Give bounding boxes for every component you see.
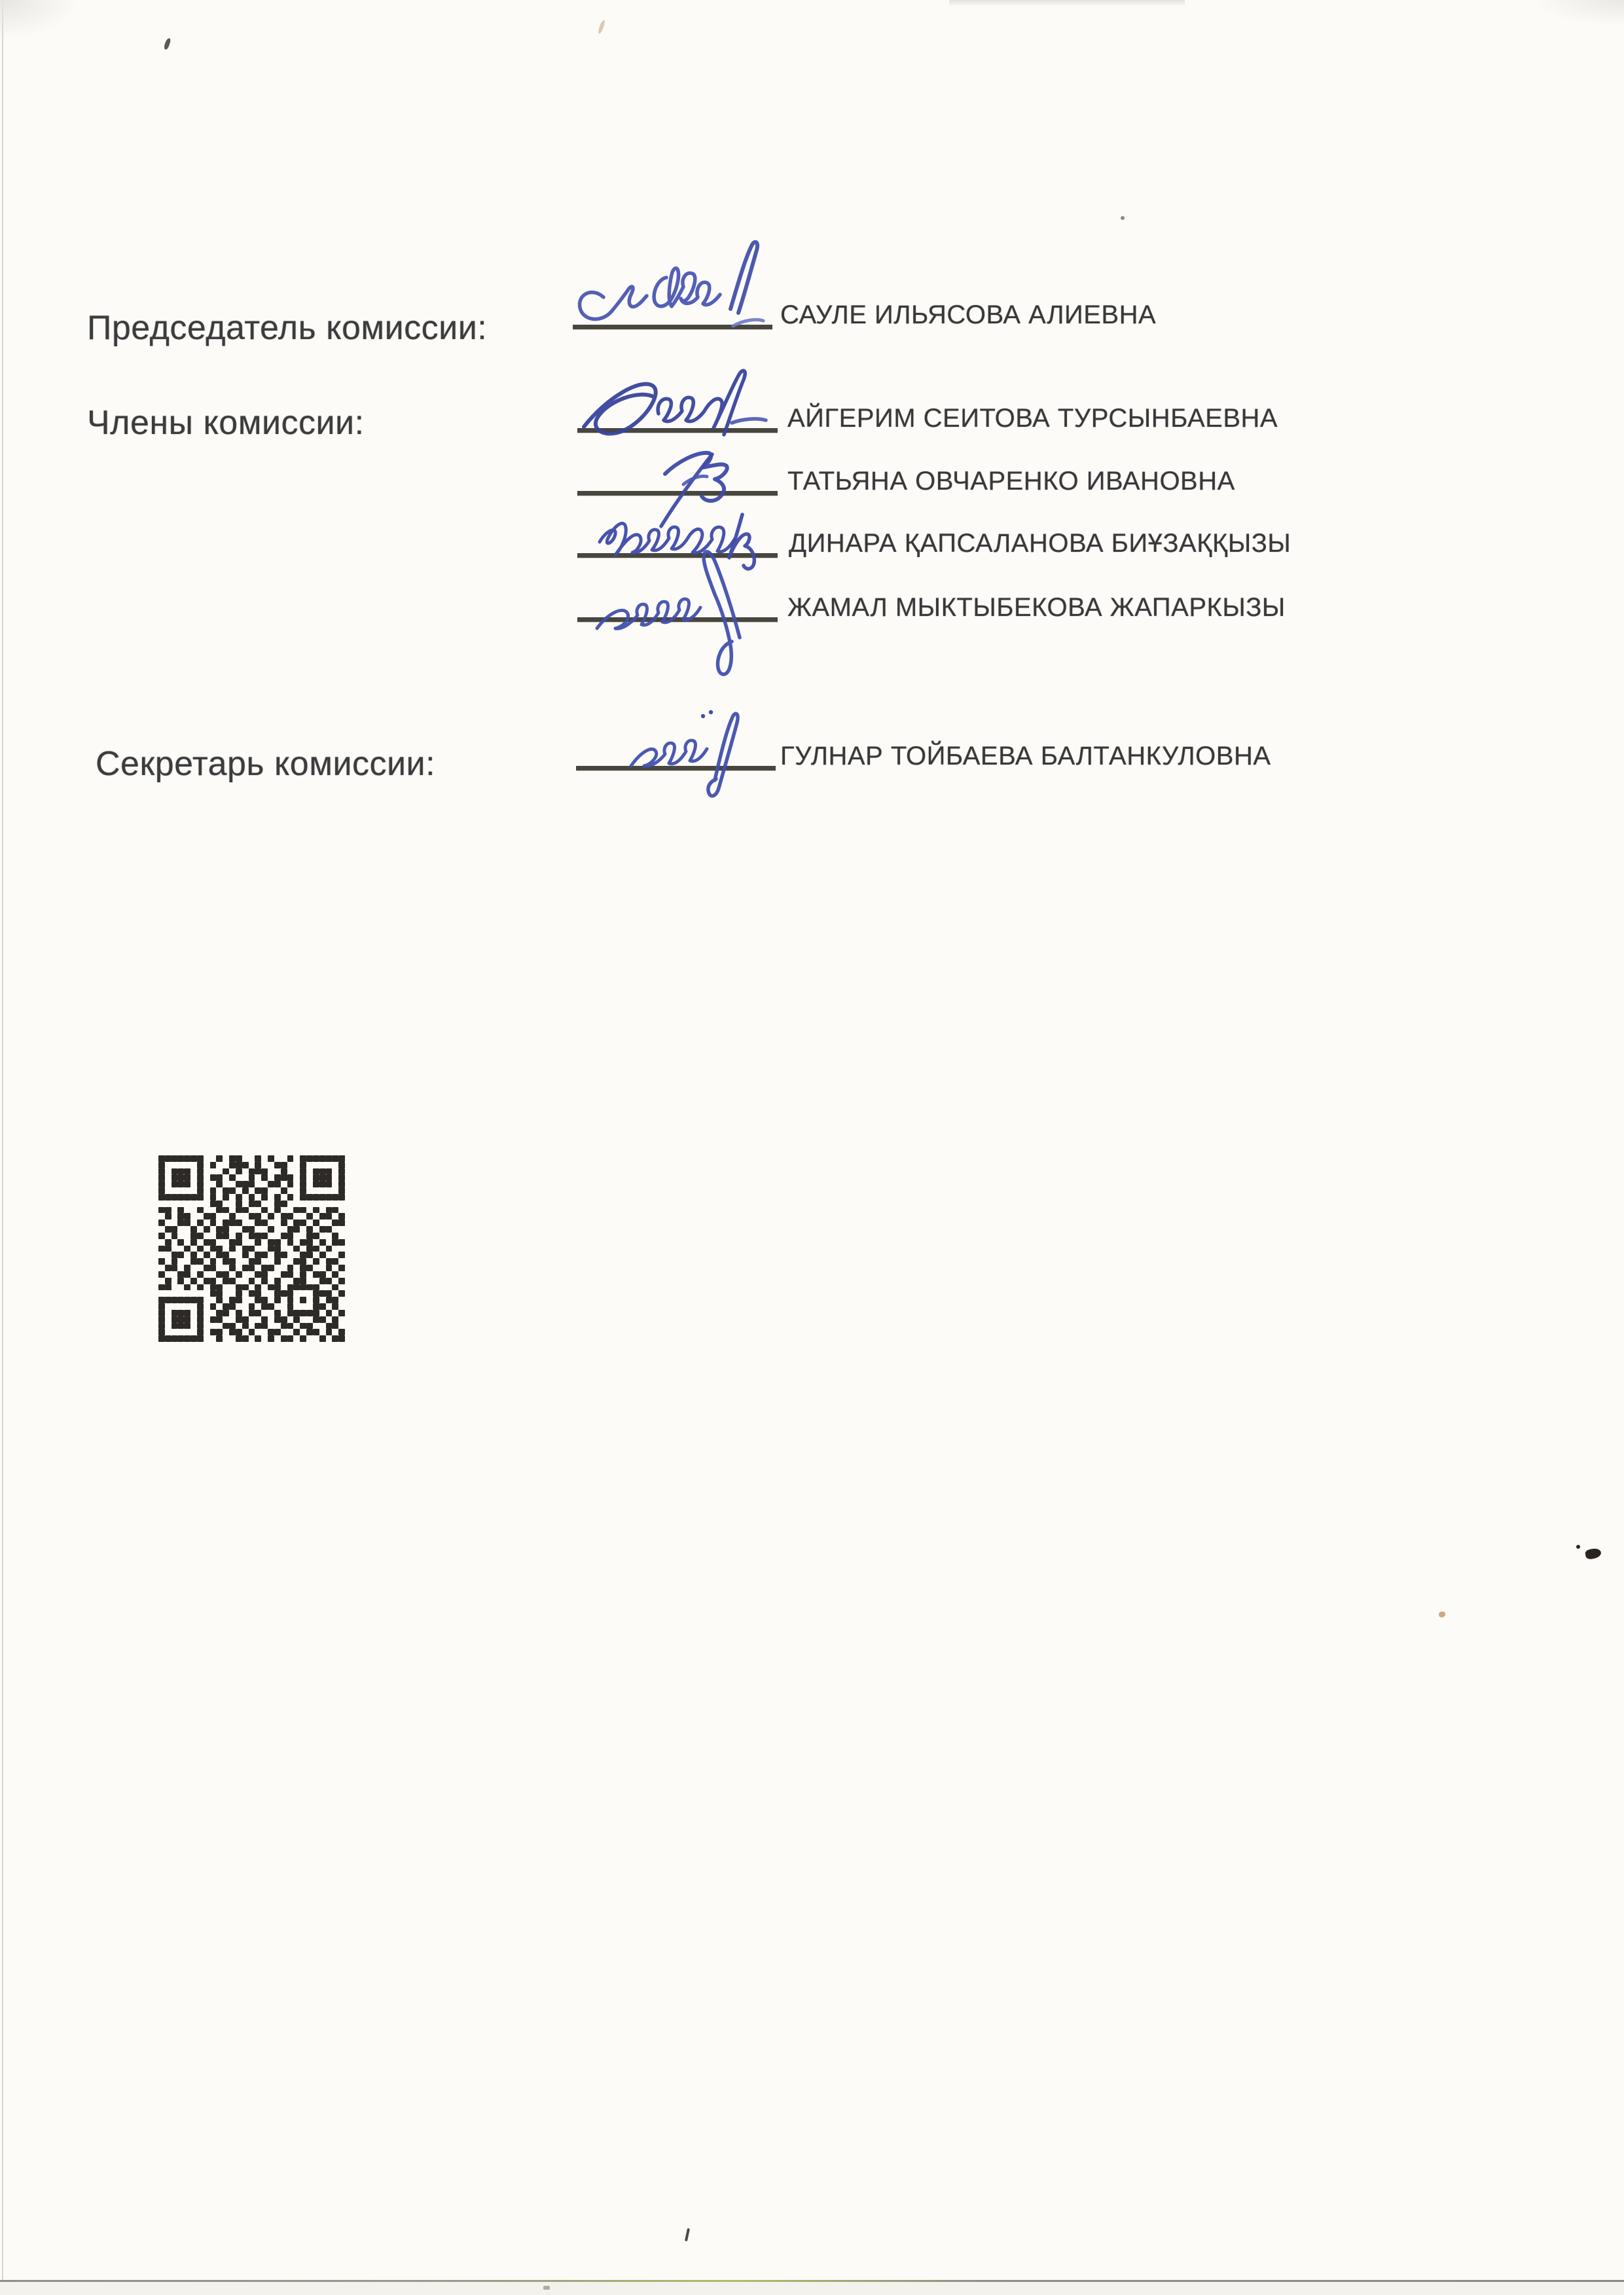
qr-module xyxy=(255,1226,261,1233)
qr-module xyxy=(287,1220,294,1226)
qr-module xyxy=(332,1207,338,1214)
qr-module xyxy=(300,1155,306,1162)
qr-module xyxy=(338,1162,345,1168)
qr-module xyxy=(306,1181,313,1187)
signature-diacritic-dot xyxy=(701,714,705,718)
qr-module xyxy=(204,1194,210,1201)
qr-module xyxy=(326,1310,333,1316)
qr-module xyxy=(287,1207,294,1214)
qr-module xyxy=(338,1220,345,1226)
qr-module xyxy=(184,1303,190,1310)
qr-module xyxy=(293,1226,300,1233)
qr-module xyxy=(216,1323,223,1329)
qr-module xyxy=(319,1207,326,1214)
qr-module xyxy=(177,1233,184,1239)
qr-module xyxy=(184,1265,190,1271)
qr-module xyxy=(326,1233,333,1239)
qr-module xyxy=(255,1316,261,1323)
qr-module xyxy=(306,1226,313,1233)
qr-module xyxy=(204,1226,210,1233)
qr-module xyxy=(190,1252,197,1258)
qr-module xyxy=(281,1246,287,1252)
qr-module xyxy=(223,1303,229,1310)
qr-module xyxy=(326,1252,333,1258)
qr-module xyxy=(261,1168,268,1175)
qr-module xyxy=(306,1213,313,1220)
qr-module xyxy=(293,1201,300,1207)
qr-module xyxy=(229,1329,236,1335)
qr-module xyxy=(300,1187,306,1194)
qr-module xyxy=(268,1213,274,1220)
qr-module xyxy=(229,1194,236,1201)
qr-module xyxy=(165,1213,171,1220)
qr-module xyxy=(242,1284,249,1291)
qr-module xyxy=(204,1220,210,1226)
qr-module xyxy=(255,1303,261,1310)
qr-module xyxy=(313,1226,319,1233)
qr-module xyxy=(197,1187,204,1194)
qr-module xyxy=(313,1194,319,1201)
qr-module xyxy=(268,1194,274,1201)
qr-module xyxy=(274,1303,281,1310)
qr-module xyxy=(158,1174,165,1181)
qr-module xyxy=(223,1316,229,1323)
qr-module xyxy=(210,1246,217,1252)
qr-module xyxy=(249,1162,255,1168)
qr-module xyxy=(261,1265,268,1271)
qr-module xyxy=(261,1187,268,1194)
qr-module xyxy=(255,1181,261,1187)
qr-module xyxy=(171,1252,178,1258)
qr-module xyxy=(287,1329,294,1335)
qr-module xyxy=(249,1310,255,1316)
qr-module xyxy=(293,1323,300,1329)
qr-module xyxy=(197,1303,204,1310)
qr-module xyxy=(223,1174,229,1181)
qr-module xyxy=(274,1329,281,1335)
qr-module xyxy=(210,1174,217,1181)
qr-module xyxy=(177,1194,184,1201)
qr-module xyxy=(249,1316,255,1323)
qr-module xyxy=(190,1220,197,1226)
qr-module xyxy=(306,1252,313,1258)
qr-module xyxy=(242,1213,249,1220)
qr-module xyxy=(332,1239,338,1246)
qr-module xyxy=(261,1239,268,1246)
qr-module xyxy=(184,1252,190,1258)
qr-module xyxy=(287,1258,294,1265)
qr-module xyxy=(319,1278,326,1284)
qr-module xyxy=(216,1155,223,1162)
qr-module xyxy=(236,1181,242,1187)
qr-module xyxy=(158,1246,165,1252)
qr-module xyxy=(268,1271,274,1278)
qr-module xyxy=(190,1278,197,1284)
qr-module xyxy=(255,1174,261,1181)
qr-module xyxy=(332,1174,338,1181)
qr-module xyxy=(306,1174,313,1181)
qr-module xyxy=(229,1174,236,1181)
qr-module xyxy=(210,1303,217,1310)
qr-module xyxy=(300,1213,306,1220)
qr-module xyxy=(300,1252,306,1258)
qr-module xyxy=(261,1233,268,1239)
qr-module xyxy=(190,1239,197,1246)
qr-module xyxy=(268,1155,274,1162)
qr-module xyxy=(306,1310,313,1316)
qr-module xyxy=(158,1316,165,1323)
qr-code xyxy=(158,1155,345,1342)
qr-module xyxy=(319,1246,326,1252)
qr-module xyxy=(165,1168,171,1175)
qr-module xyxy=(229,1290,236,1297)
qr-module xyxy=(158,1335,165,1342)
qr-module xyxy=(281,1233,287,1239)
qr-module xyxy=(236,1297,242,1303)
qr-module xyxy=(326,1201,333,1207)
qr-module xyxy=(177,1278,184,1284)
qr-module xyxy=(293,1297,300,1303)
qr-module xyxy=(261,1303,268,1310)
qr-module xyxy=(177,1329,184,1335)
ink-blot xyxy=(1585,1547,1602,1561)
qr-module xyxy=(223,1329,229,1335)
qr-module xyxy=(165,1252,171,1258)
qr-module xyxy=(332,1220,338,1226)
qr-module xyxy=(158,1155,165,1162)
qr-module xyxy=(281,1201,287,1207)
qr-module xyxy=(210,1271,217,1278)
qr-module xyxy=(184,1271,190,1278)
qr-module xyxy=(223,1187,229,1194)
dust-speck xyxy=(597,20,605,35)
qr-module xyxy=(306,1155,313,1162)
qr-module xyxy=(165,1174,171,1181)
qr-module xyxy=(326,1297,333,1303)
qr-module xyxy=(204,1207,210,1214)
qr-module xyxy=(338,1310,345,1316)
qr-module xyxy=(165,1290,171,1297)
qr-module xyxy=(190,1207,197,1214)
qr-module xyxy=(184,1297,190,1303)
qr-module xyxy=(171,1297,178,1303)
qr-module xyxy=(332,1155,338,1162)
qr-module xyxy=(158,1220,165,1226)
qr-module xyxy=(165,1335,171,1342)
qr-module xyxy=(326,1213,333,1220)
qr-module xyxy=(171,1207,178,1214)
qr-module xyxy=(242,1187,249,1194)
qr-module xyxy=(204,1335,210,1342)
qr-module xyxy=(184,1162,190,1168)
qr-module xyxy=(236,1220,242,1226)
qr-module xyxy=(177,1335,184,1342)
qr-module xyxy=(210,1239,217,1246)
qr-module xyxy=(313,1271,319,1278)
qr-module xyxy=(274,1187,281,1194)
qr-module xyxy=(287,1284,294,1291)
qr-module xyxy=(306,1290,313,1297)
qr-module xyxy=(158,1252,165,1258)
qr-module xyxy=(210,1252,217,1258)
qr-module xyxy=(268,1303,274,1310)
qr-module xyxy=(165,1239,171,1246)
qr-module xyxy=(338,1335,345,1342)
qr-module xyxy=(216,1335,223,1342)
qr-module xyxy=(261,1323,268,1329)
qr-module xyxy=(242,1239,249,1246)
qr-module xyxy=(177,1162,184,1168)
qr-module xyxy=(313,1233,319,1239)
qr-module xyxy=(184,1220,190,1226)
qr-module xyxy=(158,1329,165,1335)
qr-module xyxy=(300,1335,306,1342)
qr-module xyxy=(338,1239,345,1246)
qr-module xyxy=(236,1207,242,1214)
member-1-signature-ink xyxy=(560,361,789,450)
dust-speck xyxy=(543,2286,550,2290)
qr-module xyxy=(255,1310,261,1316)
qr-module xyxy=(197,1207,204,1214)
scan-corner-shade-top-right xyxy=(1532,0,1624,26)
secretary-signature-ink xyxy=(619,702,783,806)
qr-module xyxy=(171,1201,178,1207)
qr-module xyxy=(165,1278,171,1284)
qr-module xyxy=(268,1278,274,1284)
qr-module xyxy=(216,1310,223,1316)
qr-module xyxy=(236,1303,242,1310)
qr-module xyxy=(223,1155,229,1162)
qr-module xyxy=(177,1155,184,1162)
qr-module xyxy=(326,1194,333,1201)
qr-module xyxy=(236,1246,242,1252)
qr-module xyxy=(197,1181,204,1187)
secretary-label: Секретарь комиссии: xyxy=(96,744,435,784)
qr-module xyxy=(281,1252,287,1258)
qr-module xyxy=(210,1155,217,1162)
qr-module xyxy=(249,1155,255,1162)
qr-module xyxy=(326,1335,333,1342)
qr-module xyxy=(293,1174,300,1181)
qr-module xyxy=(229,1155,236,1162)
qr-module xyxy=(210,1168,217,1175)
qr-module xyxy=(326,1187,333,1194)
qr-module xyxy=(190,1201,197,1207)
qr-module xyxy=(171,1335,178,1342)
qr-module xyxy=(319,1335,326,1342)
qr-module xyxy=(197,1239,204,1246)
qr-module xyxy=(210,1258,217,1265)
qr-module xyxy=(171,1233,178,1239)
qr-module xyxy=(306,1162,313,1168)
qr-module xyxy=(236,1233,242,1239)
qr-module xyxy=(274,1181,281,1187)
qr-module xyxy=(190,1258,197,1265)
qr-module xyxy=(216,1303,223,1310)
qr-module xyxy=(332,1226,338,1233)
qr-module xyxy=(300,1303,306,1310)
qr-module xyxy=(300,1194,306,1201)
qr-module xyxy=(332,1297,338,1303)
qr-module xyxy=(326,1207,333,1214)
qr-module xyxy=(165,1207,171,1214)
qr-module xyxy=(223,1162,229,1168)
qr-module xyxy=(190,1284,197,1291)
qr-module xyxy=(204,1284,210,1291)
qr-module xyxy=(274,1220,281,1226)
qr-module xyxy=(319,1220,326,1226)
qr-module xyxy=(184,1213,190,1220)
qr-module xyxy=(242,1252,249,1258)
qr-module xyxy=(319,1329,326,1335)
qr-module xyxy=(319,1297,326,1303)
qr-module xyxy=(255,1239,261,1246)
qr-module xyxy=(287,1226,294,1233)
qr-module xyxy=(223,1207,229,1214)
qr-module xyxy=(242,1258,249,1265)
qr-module xyxy=(223,1226,229,1233)
qr-module xyxy=(158,1181,165,1187)
qr-module xyxy=(158,1297,165,1303)
qr-module xyxy=(165,1258,171,1265)
qr-module xyxy=(261,1284,268,1291)
qr-module xyxy=(229,1207,236,1214)
qr-module xyxy=(306,1284,313,1291)
qr-module xyxy=(261,1220,268,1226)
qr-module xyxy=(171,1181,178,1187)
qr-module xyxy=(313,1213,319,1220)
qr-module xyxy=(326,1258,333,1265)
qr-module xyxy=(216,1252,223,1258)
qr-module xyxy=(281,1213,287,1220)
qr-module xyxy=(338,1194,345,1201)
qr-module xyxy=(338,1297,345,1303)
qr-module xyxy=(229,1220,236,1226)
qr-module xyxy=(332,1162,338,1168)
qr-module xyxy=(190,1187,197,1194)
qr-module xyxy=(281,1187,287,1194)
qr-module xyxy=(332,1310,338,1316)
qr-module xyxy=(197,1258,204,1265)
qr-module xyxy=(293,1335,300,1342)
qr-module xyxy=(326,1226,333,1233)
qr-module xyxy=(210,1323,217,1329)
qr-module xyxy=(306,1303,313,1310)
qr-module xyxy=(268,1265,274,1271)
qr-module xyxy=(313,1284,319,1291)
qr-module xyxy=(184,1226,190,1233)
qr-module xyxy=(210,1226,217,1233)
qr-module xyxy=(229,1213,236,1220)
qr-module xyxy=(165,1181,171,1187)
member-4-signature-ink xyxy=(580,534,776,685)
qr-module xyxy=(223,1181,229,1187)
qr-module xyxy=(236,1168,242,1175)
qr-module xyxy=(338,1174,345,1181)
qr-module xyxy=(249,1226,255,1233)
qr-module xyxy=(197,1220,204,1226)
signature-diacritic-dot xyxy=(709,710,713,714)
qr-module xyxy=(165,1194,171,1201)
qr-module xyxy=(229,1278,236,1284)
qr-module xyxy=(210,1187,217,1194)
qr-module xyxy=(261,1258,268,1265)
qr-module xyxy=(197,1162,204,1168)
qr-module xyxy=(216,1233,223,1239)
qr-module xyxy=(313,1187,319,1194)
qr-module xyxy=(326,1290,333,1297)
qr-module xyxy=(281,1239,287,1246)
qr-module xyxy=(197,1174,204,1181)
qr-module xyxy=(287,1187,294,1194)
qr-module xyxy=(326,1181,333,1187)
qr-module xyxy=(313,1297,319,1303)
qr-module xyxy=(255,1168,261,1175)
qr-module xyxy=(223,1233,229,1239)
qr-module xyxy=(210,1290,217,1297)
qr-module xyxy=(274,1174,281,1181)
qr-module xyxy=(158,1303,165,1310)
qr-module xyxy=(216,1194,223,1201)
qr-module xyxy=(236,1162,242,1168)
qr-module xyxy=(177,1303,184,1310)
qr-module xyxy=(249,1168,255,1175)
qr-module xyxy=(210,1284,217,1291)
qr-module xyxy=(190,1162,197,1168)
qr-module xyxy=(306,1201,313,1207)
qr-module xyxy=(171,1271,178,1278)
qr-module xyxy=(281,1155,287,1162)
qr-module xyxy=(223,1310,229,1316)
qr-module xyxy=(268,1297,274,1303)
qr-module xyxy=(197,1226,204,1233)
qr-module xyxy=(287,1213,294,1220)
qr-module xyxy=(177,1310,184,1316)
qr-module xyxy=(249,1329,255,1335)
dust-speck xyxy=(1439,1612,1445,1617)
qr-module xyxy=(165,1155,171,1162)
qr-module xyxy=(255,1201,261,1207)
qr-module xyxy=(261,1335,268,1342)
qr-module xyxy=(274,1226,281,1233)
qr-module xyxy=(281,1265,287,1271)
qr-module xyxy=(197,1297,204,1303)
qr-module xyxy=(204,1278,210,1284)
qr-module xyxy=(338,1316,345,1323)
qr-module xyxy=(255,1297,261,1303)
qr-module xyxy=(229,1187,236,1194)
qr-module xyxy=(255,1329,261,1335)
qr-module xyxy=(223,1278,229,1284)
qr-module xyxy=(287,1201,294,1207)
qr-module xyxy=(326,1284,333,1291)
qr-module xyxy=(306,1329,313,1335)
qr-module xyxy=(313,1239,319,1246)
qr-module xyxy=(293,1162,300,1168)
qr-module xyxy=(255,1194,261,1201)
qr-module xyxy=(249,1258,255,1265)
qr-module xyxy=(204,1316,210,1323)
qr-module xyxy=(326,1246,333,1252)
qr-module xyxy=(197,1284,204,1291)
qr-module xyxy=(255,1323,261,1329)
qr-module xyxy=(204,1297,210,1303)
qr-module xyxy=(306,1246,313,1252)
qr-module xyxy=(338,1233,345,1239)
qr-module xyxy=(313,1168,319,1175)
qr-module xyxy=(313,1220,319,1226)
qr-module xyxy=(190,1323,197,1329)
